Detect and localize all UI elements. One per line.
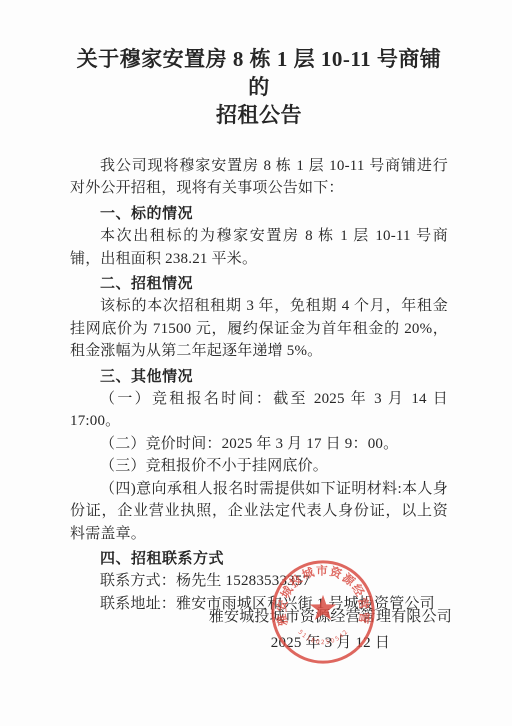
section-3-item-3: （三）竞租报价不小于挂网底价。 xyxy=(70,455,448,477)
section-3-heading: 三、其他情况 xyxy=(70,366,448,388)
section-2-heading: 二、招租情况 xyxy=(70,273,448,295)
document-title: 关于穆家安置房 8 栋 1 层 10-11 号商铺的 招租公告 xyxy=(70,45,448,129)
document-body: 我公司现将穆家安置房 8 栋 1 层 10-11 号商铺进行对外公开招租，现将有… xyxy=(70,155,448,615)
section-1-heading: 一、标的情况 xyxy=(70,203,448,225)
intro-paragraph: 我公司现将穆家安置房 8 栋 1 层 10-11 号商铺进行对外公开招租，现将有… xyxy=(70,155,448,200)
section-4-heading: 四、招租联系方式 xyxy=(70,548,448,570)
signature-company-name: 雅安城投城市资源经营管理有限公司 xyxy=(209,605,452,629)
contact-phone-line: 联系方式：杨先生 15283533357 xyxy=(70,570,448,592)
section-2-paragraph: 该标的本次招租租期 3 年，免租期 4 个月，年租金挂网底价为 71500 元，… xyxy=(70,295,448,362)
section-3-item-2: （二）竞价时间：2025 年 3 月 17 日 9：00。 xyxy=(70,433,448,455)
signature-date: 2025 年 3 月 12 日 xyxy=(209,631,452,655)
document-title-line2: 招租公告 xyxy=(70,101,448,129)
document-content: 关于穆家安置房 8 栋 1 层 10-11 号商铺的 招租公告 我公司现将穆家安… xyxy=(0,0,512,615)
document-title-line1: 关于穆家安置房 8 栋 1 层 10-11 号商铺的 xyxy=(70,45,448,101)
section-1-paragraph: 本次出租标的为穆家安置房 8 栋 1 层 10-11 号商铺，出租面积 238.… xyxy=(70,225,448,270)
signature-block: 雅安城投城市资源经营管理有限公司 2025 年 3 月 12 日 xyxy=(209,605,452,655)
section-3-item-4: （四)意向承租人报名时需提供如下证明材料:本人身份证，企业营业执照，企业法定代表… xyxy=(70,478,448,545)
section-3-item-1: （一）竞租报名时间：截至 2025 年 3 月 14 日 17:00。 xyxy=(70,388,448,433)
announcement-page: 关于穆家安置房 8 栋 1 层 10-11 号商铺的 招租公告 我公司现将穆家安… xyxy=(0,0,512,726)
